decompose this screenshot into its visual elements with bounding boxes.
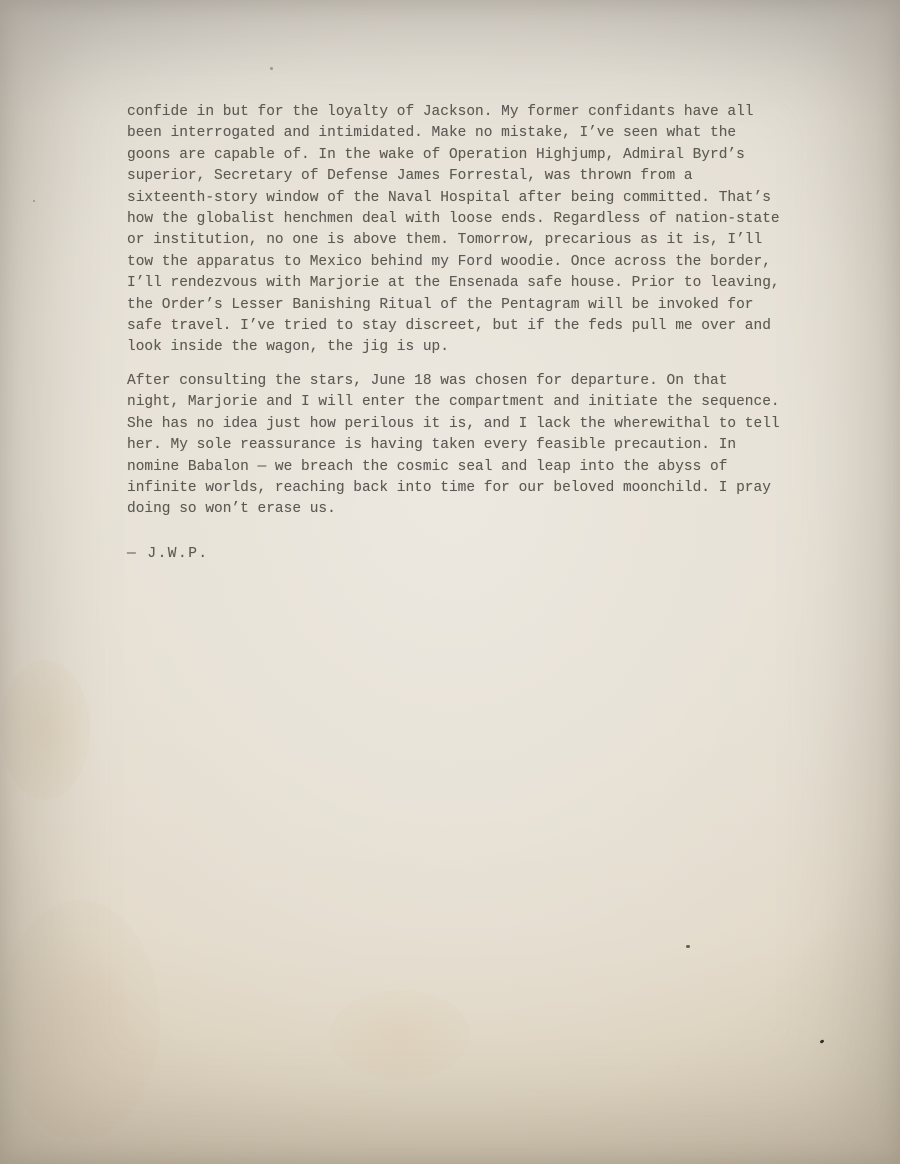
text-line: infinite worlds, reaching back into time… [127,478,807,499]
paper-speck [270,67,273,70]
text-line: safe travel. I’ve tried to stay discreet… [127,316,807,337]
paragraph-2: After consulting the stars, June 18 was … [127,371,807,521]
signature: — J.W.P. [127,544,807,565]
paper-speck [686,945,690,948]
paper-speck [33,200,35,202]
text-line: I’ll rendezvous with Marjorie at the Ens… [127,273,807,294]
typewritten-letter: confide in but for the loyalty of Jackso… [127,102,807,565]
text-line: her. My sole reassurance is having taken… [127,435,807,456]
text-line: sixteenth-story window of the Naval Hosp… [127,188,807,209]
text-line: or institution, no one is above them. To… [127,230,807,251]
text-line: goons are capable of. In the wake of Ope… [127,145,807,166]
text-line: After consulting the stars, June 18 was … [127,371,807,392]
text-line: nomine Babalon — we breach the cosmic se… [127,457,807,478]
text-line: She has no idea just how perilous it is,… [127,414,807,435]
text-line: how the globalist henchmen deal with loo… [127,209,807,230]
text-line: tow the apparatus to Mexico behind my Fo… [127,252,807,273]
text-line: doing so won’t erase us. [127,499,807,520]
paragraph-1: confide in but for the loyalty of Jackso… [127,102,807,359]
text-line: confide in but for the loyalty of Jackso… [127,102,807,123]
text-line: superior, Secretary of Defense James For… [127,166,807,187]
text-line: the Order’s Lesser Banishing Ritual of t… [127,295,807,316]
text-line: been interrogated and intimidated. Make … [127,123,807,144]
text-line: night, Marjorie and I will enter the com… [127,392,807,413]
text-line: look inside the wagon, the jig is up. [127,337,807,358]
